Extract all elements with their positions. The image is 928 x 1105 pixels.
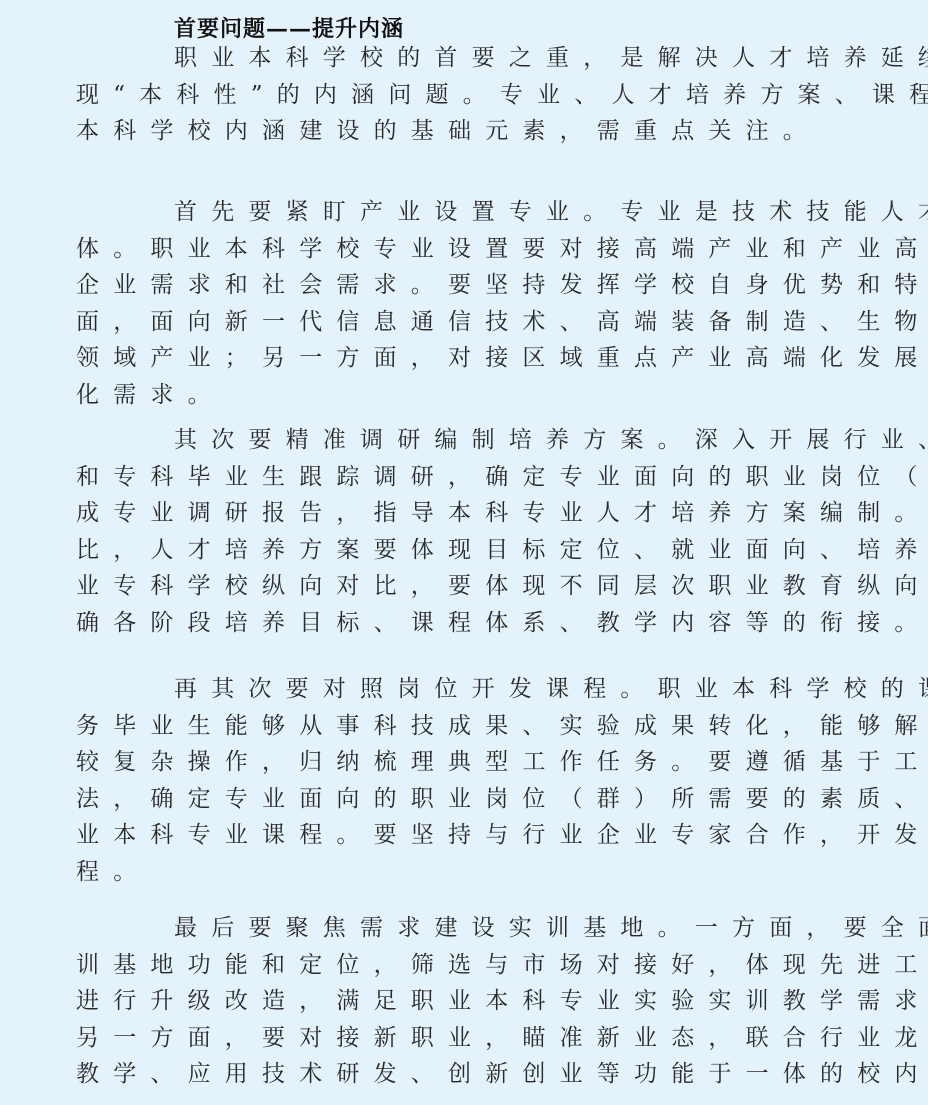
text-line: 较复杂操作，归纳梳理典型工作任务。要遵循基于工作过程的课程开发方 — [76, 744, 876, 781]
text-line: 进行升级改造，满足职业本科专业实验实训教学需求，实现专、本共用。 — [76, 983, 876, 1020]
paragraph-intro: 职业本科学校的首要之重，是解决人才培养延续“职业性”和体 现“本科性”的内涵问题… — [76, 40, 876, 150]
text-line: 体。职业本科学校专业设置要对接高端产业和产业高端，紧盯产业链条、 — [76, 231, 876, 268]
text-line: 业专科学校纵向对比，要体现不同层次职业教育纵向贯通的实现途径，明 — [76, 568, 876, 605]
paragraph-courses: 再其次要对照岗位开发课程。职业本科学校的课程体系构建要服 务毕业生能够从事科技成… — [76, 671, 876, 891]
paragraph-training-base: 最后要聚焦需求建设实训基地。一方面，要全面梳理原有校内实 训基地功能和定位，筛选… — [76, 910, 876, 1093]
text-line: 法，确定专业面向的职业岗位（群）所需要的素质、知识、能力，开发职 — [76, 781, 876, 818]
text-line: 企业需求和社会需求。要坚持发挥学校自身优势和特色设置专业，一方 — [76, 267, 876, 304]
paragraph-majors: 首先要紧盯产业设置专业。专业是技术技能人才供给质量的载 体。职业本科学校专业设置… — [76, 194, 876, 414]
text-line: 成专业调研报告，指导本科专业人才培养方案编制。与普通本科横向对 — [76, 495, 876, 532]
text-line: 教学、应用技术研发、创新创业等功能于一体的校内实训基地。 — [76, 1056, 876, 1093]
text-line: 化需求。 — [76, 377, 876, 414]
text-line: 训基地功能和定位，筛选与市场对接好，体现先进工艺、先进技术的基地 — [76, 947, 876, 984]
text-line: 务毕业生能够从事科技成果、实验成果转化，能够解决较复杂问题和进行 — [76, 708, 876, 745]
text-line: 确各阶段培养目标、课程体系、教学内容等的衔接。 — [76, 605, 876, 642]
text-line: 现“本科性”的内涵问题。专业、人才培养方案、课程、实训基地是职业 — [76, 77, 876, 114]
text-line: 另一方面，要对接新职业，瞄准新业态，联合行业龙头企业，新建融实践 — [76, 1020, 876, 1057]
paragraph-training-plan: 其次要精准调研编制培养方案。深入开展行业、企业、就业市场 和专科毕业生跟踪调研，… — [76, 422, 876, 642]
text-line: 其次要精准调研编制培养方案。深入开展行业、企业、就业市场 — [76, 422, 876, 459]
text-line: 业本科专业课程。要坚持与行业企业专家合作，开发模块化结构化的课 — [76, 817, 876, 854]
text-line: 职业本科学校的首要之重，是解决人才培养延续“职业性”和体 — [76, 40, 876, 77]
text-line: 和专科毕业生跟踪调研，确定专业面向的职业岗位（群）及人才规格，形 — [76, 459, 876, 496]
text-line: 本科学校内涵建设的基础元素，需重点关注。 — [76, 113, 876, 150]
text-line: 首先要紧盯产业设置专业。专业是技术技能人才供给质量的载 — [76, 194, 876, 231]
text-line: 面，面向新一代信息通信技术、高端装备制造、生物医药、新材料等重点 — [76, 304, 876, 341]
section-title: 首要问题——提升内涵 — [174, 12, 404, 43]
text-line: 最后要聚焦需求建设实训基地。一方面，要全面梳理原有校内实 — [76, 910, 876, 947]
text-line: 再其次要对照岗位开发课程。职业本科学校的课程体系构建要服 — [76, 671, 876, 708]
text-line: 领域产业；另一方面，对接区域重点产业高端化发展，紧盯产业发展高端 — [76, 340, 876, 377]
text-line: 比，人才培养方案要体现目标定位、就业面向、培养路径上的差异；与职 — [76, 532, 876, 569]
text-line: 程。 — [76, 854, 876, 891]
